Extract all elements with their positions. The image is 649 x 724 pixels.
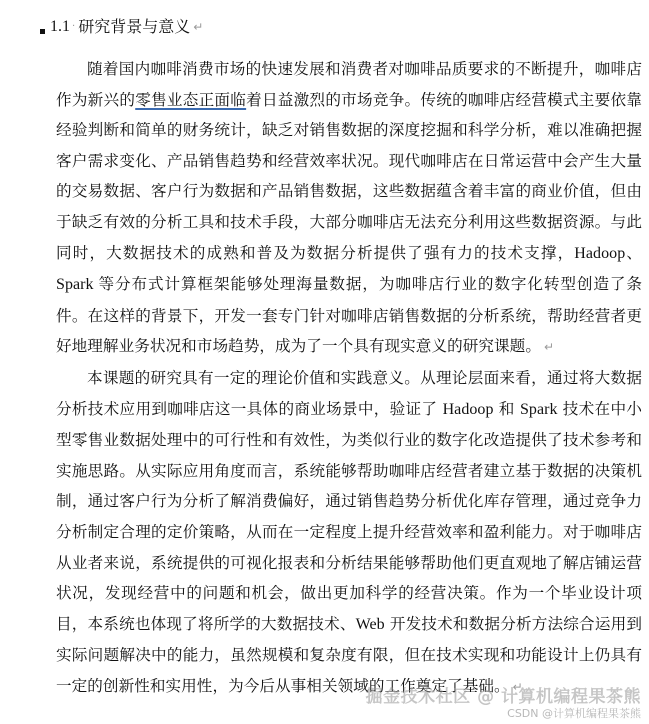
heading-bullet-marker bbox=[40, 29, 45, 34]
document-body: 随着国内咖啡消费市场的快速发展和消费者对咖啡品质要求的不断提升，咖啡店作为新兴的… bbox=[56, 54, 642, 702]
heading-number: 1.1 bbox=[50, 14, 70, 40]
section-heading: 1.1 · 研究背景与意义 ↵ bbox=[40, 14, 203, 40]
text-segment: 等分布式计算框架能够处理海量数据，为咖啡店行业的数字化转型创造了条件。在这样的背… bbox=[56, 275, 642, 355]
latin-term: Hadoop bbox=[574, 245, 625, 262]
watermark-juejin: 掘金技术社区 @ 计算机编程果茶熊 bbox=[366, 682, 641, 707]
watermark-csdn: CSDN @计算机编程果茶熊 bbox=[507, 705, 641, 721]
document-page: 1.1 · 研究背景与意义 ↵ 随着国内咖啡消费市场的快速发展和消费者对咖啡品质… bbox=[0, 0, 649, 724]
text-segment: 着日益激烈的市场竞争。传统的咖啡店经营模式主要依靠经验判断和简单的财务统计，缺乏… bbox=[56, 91, 642, 262]
latin-term: Hadoop bbox=[443, 401, 494, 418]
space-marker: · bbox=[72, 14, 75, 40]
paragraph-background: 随着国内咖啡消费市场的快速发展和消费者对咖啡品质要求的不断提升，咖啡店作为新兴的… bbox=[56, 54, 642, 363]
paragraph-mark-icon: ↵ bbox=[544, 340, 554, 354]
heading-title: 研究背景与意义 bbox=[78, 14, 190, 40]
paragraph-significance: 本课题的研究具有一定的理论价值和实践意义。从理论层面来看，通过将大数据分析技术应… bbox=[56, 363, 642, 703]
paragraph-mark-icon: ↵ bbox=[193, 14, 203, 40]
text-segment: 技术在中小型零售业数据处理中的可行性和有效性，为类似行业的数字化改造提供了技术参… bbox=[56, 400, 642, 633]
underlined-text-segment: 零售业态正面临 bbox=[135, 91, 246, 109]
latin-term: Web bbox=[356, 616, 385, 633]
text-segment: 、 bbox=[625, 244, 642, 262]
text-segment: 和 bbox=[494, 400, 520, 418]
latin-term: Spark bbox=[56, 276, 98, 293]
latin-term: Spark bbox=[520, 401, 558, 418]
